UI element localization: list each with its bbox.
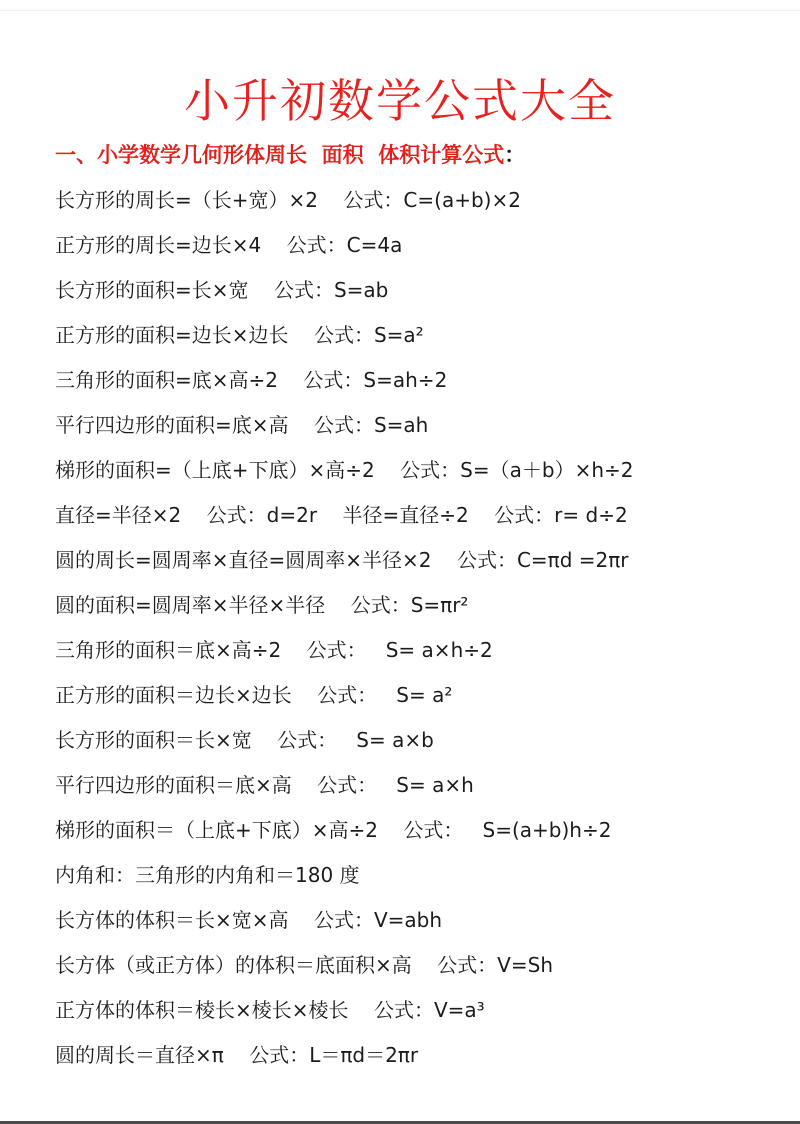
section-number: 一、 (55, 143, 97, 167)
section-heading-text: 小学数学几何形体周长 面积 体积计算公式 (97, 143, 504, 167)
page-title: 小升初数学公式大全 (0, 71, 800, 131)
section-heading-colon: ： (504, 143, 525, 167)
formula-row: 三角形的面积=底×高÷2 公式：S=ah÷2 (55, 362, 634, 407)
formula-row: 梯形的面积=（上底+下底）×高÷2 公式：S=（a＋b）×h÷2 (55, 452, 634, 497)
formula-row: 圆的周长=圆周率×直径=圆周率×半径×2 公式：C=πd =2πr (55, 542, 634, 587)
formula-row: 长方体的体积＝长×宽×高 公式：V=abh (55, 902, 634, 947)
formula-row: 平行四边形的面积＝底×高 公式： S= a×h (55, 767, 634, 812)
formula-row: 三角形的面积＝底×高÷2 公式： S= a×h÷2 (55, 632, 634, 677)
formula-row: 内角和：三角形的内角和＝180 度 (55, 857, 634, 902)
formula-row: 圆的周长＝直径×π 公式：L＝πd＝2πr (55, 1037, 634, 1082)
formula-row: 长方形的面积=长×宽 公式：S=ab (55, 272, 634, 317)
formula-row: 长方形的周长=（长+宽）×2 公式：C=(a+b)×2 (55, 182, 634, 227)
formula-row: 长方体（或正方体）的体积＝底面积×高 公式：V=Sh (55, 947, 634, 992)
formula-row: 梯形的面积＝（上底+下底）×高÷2 公式： S=(a+b)h÷2 (55, 812, 634, 857)
formula-row: 长方形的面积＝长×宽 公式： S= a×b (55, 722, 634, 767)
top-divider (0, 10, 800, 11)
formula-row: 直径=半径×2 公式：d=2r 半径=直径÷2 公式：r= d÷2 (55, 497, 634, 542)
formula-row: 圆的面积=圆周率×半径×半径 公式：S=πr² (55, 587, 634, 632)
formula-row: 正方体的体积＝棱长×棱长×棱长 公式：V=a³ (55, 992, 634, 1037)
formula-row: 正方形的面积＝边长×边长 公式： S= a² (55, 677, 634, 722)
formula-row: 正方形的周长=边长×4 公式：C=4a (55, 227, 634, 272)
section-heading: 一、小学数学几何形体周长 面积 体积计算公式： (55, 140, 525, 170)
formula-list: 长方形的周长=（长+宽）×2 公式：C=(a+b)×2 正方形的周长=边长×4 … (55, 182, 634, 1082)
formula-row: 平行四边形的面积=底×高 公式：S=ah (55, 407, 634, 452)
formula-row: 正方形的面积=边长×边长 公式：S=a² (55, 317, 634, 362)
